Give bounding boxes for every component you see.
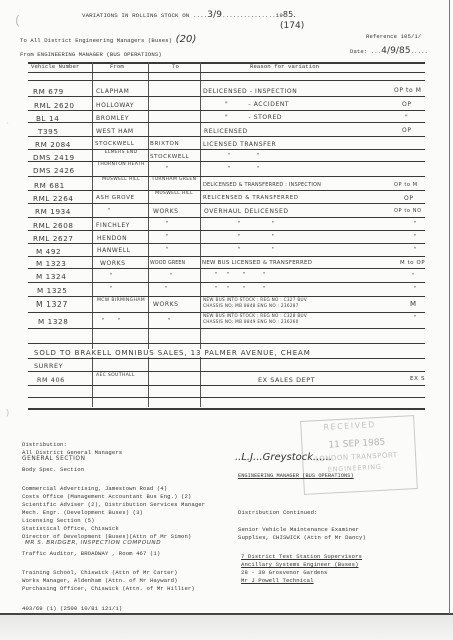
- distribution-line: Licensing Section (5): [22, 517, 95, 524]
- distribution-line-handwritten: MR S. BRIDGER, INSPECTION COMPOUND: [25, 540, 161, 546]
- cell-code: M: [410, 300, 417, 308]
- cell-to: ": [168, 318, 171, 324]
- cell-code: ": [414, 221, 417, 227]
- to-line: To All District Engineering Managers (Bu…: [20, 34, 197, 45]
- cell-reason: NEW BUS INTO STOCK : REG NO : C327 BUV: [203, 297, 307, 302]
- cell-reason: " ": [238, 234, 274, 240]
- row-line: [28, 149, 425, 150]
- reference: Reference 105/1/: [366, 33, 421, 40]
- to-line-text: To All District Engineering Managers (Bu…: [20, 37, 172, 44]
- distribution-continued-label: Distribution Continued:: [238, 509, 318, 516]
- cell-from: BROMLEY: [96, 115, 129, 122]
- cell-to: WORKS: [153, 208, 179, 215]
- punch-hole-mark: (: [14, 14, 21, 28]
- row-line: [28, 176, 425, 177]
- cell-to: STOCKWELL: [150, 154, 189, 160]
- cell-reason: " ": [228, 166, 260, 172]
- distribution-line: Director of Development (Buses)(Attn of …: [22, 533, 191, 540]
- cell-to: ": [166, 221, 169, 227]
- row-line: [28, 203, 425, 204]
- distribution-line: Costs Office (Management Accountant Bus …: [22, 493, 191, 500]
- cell-from: CLAPHAM: [96, 88, 129, 95]
- cell-code: OP to M: [394, 182, 418, 188]
- row-line: [28, 136, 425, 137]
- cell-code: ": [412, 273, 415, 279]
- cell-reason: " ": [228, 153, 260, 159]
- page-right-edge: [449, 0, 450, 614]
- cell-to: ": [166, 247, 169, 253]
- cell-vehicle: RM 681: [34, 181, 65, 190]
- cell-to: WORKS: [153, 301, 179, 308]
- header-rule: [28, 80, 425, 81]
- row-line: [28, 110, 425, 111]
- row-line: [28, 358, 425, 359]
- cell-vehicle: DMS 2419: [33, 153, 75, 162]
- cell-reason: DELICENSED & TRANSFERRED : INSPECTION: [203, 182, 321, 188]
- row-line: [28, 343, 425, 344]
- cell-reason: DELICENSED - INSPECTION: [203, 88, 297, 95]
- row-line: [28, 282, 425, 283]
- cell-reason-line2: CHASSIS NO: MB 8848 ENG NO : 236287: [203, 303, 299, 308]
- cell-from: AEC SOUTHALL: [96, 373, 136, 378]
- document-title: VARIATIONS IN ROLLING STOCK ON ....3/9..…: [82, 10, 296, 20]
- scan-margin: [0, 615, 453, 640]
- cell-vehicle: SURREY: [34, 362, 63, 370]
- table-bottom-border: [28, 408, 425, 410]
- row-line: [28, 217, 425, 218]
- cell-from: " ": [102, 318, 121, 324]
- punch-hole-mark: ·: [6, 120, 10, 127]
- distribution-line-handwritten: GENERAL SECTION: [22, 456, 86, 462]
- distribution-line: Scientific Adviser (2), Distribution Ser…: [22, 501, 205, 508]
- cell-vehicle: M 1325: [37, 286, 67, 295]
- cell-from: MCW BIRMINGHAM: [93, 298, 149, 303]
- distribution-line: Purchasing Officer, Chiswick (Attn. of M…: [22, 585, 195, 592]
- row-line: [28, 256, 425, 257]
- signature-title: ENGINEERING MANAGER (BUS OPERATIONS): [238, 473, 354, 479]
- cell-from: STOCKWELL: [95, 141, 134, 147]
- cell-reason: " ": [238, 221, 274, 227]
- row-line: [28, 230, 425, 231]
- cell-from: HANWELL: [97, 247, 131, 254]
- row-line: [28, 96, 425, 97]
- title-year-handwritten: 85.: [283, 10, 296, 19]
- cell-vehicle: RM 2084: [35, 140, 71, 149]
- cell-to: ": [170, 273, 173, 279]
- cell-reason-line2: CHASSIS NO: MB 8849 ENG NO : 236260: [203, 319, 299, 324]
- cell-code: OP: [402, 101, 412, 108]
- cell-reason: " " " ": [215, 272, 266, 278]
- cell-reason: " - STORED: [225, 114, 282, 121]
- cell-reason: RELICENSED & TRANSFERRED: [203, 195, 298, 201]
- cell-from: WORKS: [100, 260, 126, 267]
- cell-vehicle: RML 2620: [34, 101, 75, 110]
- column-header-reason: Reason for variation: [250, 63, 319, 70]
- punch-hole-mark: ): [5, 409, 10, 418]
- cell-vehicle: RML 2608: [33, 221, 74, 230]
- cell-vehicle: RM 406: [37, 376, 65, 384]
- title-year-dots: ...............19: [222, 12, 283, 19]
- row-line: [28, 268, 425, 269]
- title-date-handwritten: 3/9: [207, 10, 222, 20]
- signature: ..L.J...Greystock......: [235, 452, 332, 463]
- cell-from: HENDON: [97, 235, 127, 242]
- date-trail: .....: [411, 48, 428, 55]
- cell-reason: " " " ": [215, 286, 266, 292]
- cell-vehicle: M 1323: [36, 259, 66, 268]
- cell-code: ": [414, 315, 417, 321]
- table-top-border: [28, 62, 425, 64]
- column-header-to: To: [172, 63, 179, 70]
- cell-reason: OVERHAUL DELICENSED: [204, 208, 289, 215]
- distribution-continued-line: Senior Vehicle Maintenance Examiner: [238, 526, 359, 533]
- cell-reason: LICENSED TRANSFER: [203, 141, 276, 148]
- cell-vehicle: BL 14: [36, 114, 59, 123]
- row-line: [28, 397, 425, 398]
- cell-code: ": [414, 234, 417, 240]
- column-header-vehicle: Vehicle Number: [31, 63, 79, 70]
- stamp-date: 11 SEP 1985: [328, 438, 385, 451]
- date-handwritten: 4/9/85: [381, 46, 411, 56]
- row-line: [28, 190, 425, 191]
- cell-to: ": [166, 234, 169, 240]
- cell-to: ": [165, 286, 168, 292]
- cell-vehicle: RML 2264: [33, 194, 74, 203]
- distribution-continued-line: Mr J Powell Technical: [241, 577, 314, 584]
- distribution-line: Commercial Advertising, Jamestown Road (…: [22, 485, 167, 492]
- row-line: [28, 243, 425, 244]
- cell-from: ": [108, 208, 111, 214]
- distribution-continued-line: 28 - 30 Grosvenor Gardens: [241, 569, 327, 576]
- to-count-handwritten: (20): [176, 34, 197, 45]
- cell-from: THORNTON HEATH: [96, 162, 146, 167]
- cell-to: MUSWELL HILL: [150, 191, 198, 196]
- page-number-handwritten: (174): [280, 21, 304, 31]
- distribution-continued-line: 7 District Test Station Supervisors: [241, 553, 362, 560]
- distribution-line: All District General Managers: [22, 449, 122, 456]
- cell-reason: NEW BUS INTO STOCK : REG NO : C328 BUV: [203, 313, 307, 318]
- cell-from: ELMERS END: [104, 150, 138, 155]
- cell-reason: RELICENSED: [204, 128, 248, 135]
- cell-reason: " ": [238, 247, 274, 253]
- cell-vehicle: M 492: [36, 247, 61, 256]
- cell-vehicle: RM 679: [33, 87, 64, 96]
- distribution-label: Distribution:: [22, 441, 67, 448]
- cell-from: HOLLOWAY: [96, 102, 134, 109]
- cell-to: ": [166, 166, 169, 172]
- cell-to: TURNHAM GREEN: [150, 177, 198, 182]
- row-line: [28, 122, 425, 123]
- row-line: [28, 328, 425, 329]
- cell-vehicle: M 1324: [36, 272, 66, 281]
- from-line: From ENGINEERING MANAGER (BUS OPERATIONS…: [20, 51, 162, 58]
- cell-from: ASH GROVE: [96, 195, 135, 201]
- cell-from: WEST HAM: [96, 128, 134, 135]
- distribution-line: Works Manager, Aldenham (Attn. of Mr Hay…: [22, 577, 178, 584]
- cell-vehicle: RM 1934: [35, 207, 71, 216]
- distribution-line: Mech. Engr. (Development Buses) (3): [22, 509, 143, 516]
- cell-reason: NEW BUS LICENSED & TRANSFERRED: [202, 260, 312, 266]
- distribution-line: Body Spec. Section: [22, 466, 84, 473]
- distribution-line: Statistical Office, Chiswick: [22, 525, 119, 532]
- cell-code: OP: [402, 127, 412, 134]
- cell-code: OP to M: [394, 87, 422, 94]
- cell-code: ": [414, 247, 417, 253]
- cell-vehicle: RML 2627: [33, 234, 74, 243]
- cell-code: OP to NO: [394, 208, 422, 214]
- sold-to-note: SOLD TO BRAKELL OMNIBUS SALES, 13 PALMER…: [34, 349, 313, 357]
- date-label: Date: ...: [350, 48, 381, 55]
- row-line: [28, 161, 425, 162]
- row-line: [28, 371, 425, 372]
- row-line: [28, 385, 425, 386]
- cell-vehicle: M 1328: [38, 317, 68, 326]
- cell-reason: " - ACCIDENT: [225, 101, 289, 108]
- cell-code: ": [405, 114, 408, 121]
- cell-code: ": [414, 286, 417, 292]
- cell-reason: EX SALES DEPT: [258, 376, 315, 384]
- cell-code: OP: [404, 195, 414, 202]
- cell-code: M to OP: [400, 260, 425, 266]
- cell-to: BRIXTON: [150, 141, 179, 147]
- distribution-continued-line: Supplies, CHISWICK (Attn of Mr Dancy): [238, 534, 366, 541]
- column-header-from: From: [110, 63, 124, 70]
- distribution-line: Traffic Auditor, BROADWAY , Room 467 (1): [22, 550, 160, 557]
- cell-to: WOOD GREEN: [150, 261, 185, 266]
- cell-from: MUSWELL HILL: [96, 177, 146, 182]
- form-code: 403/69 (1) (2500 10/81 121/1): [22, 605, 122, 612]
- title-prefix: VARIATIONS IN ROLLING STOCK ON ....: [82, 12, 207, 19]
- cell-vehicle: DMS 2426: [33, 166, 75, 175]
- cell-vehicle: T395: [38, 127, 59, 136]
- cell-from: ": [110, 286, 113, 292]
- stamp-received: RECEIVED: [323, 420, 376, 432]
- cell-code: EX S: [410, 376, 425, 382]
- cell-from: FINCHLEY: [96, 222, 130, 229]
- distribution-continued-line: Ancillary Systems Engineer (Buses): [241, 561, 359, 568]
- distribution-line: Training School, Chiswick (Attn of Mr Ca…: [22, 569, 178, 576]
- cell-vehicle: M 1327: [36, 300, 68, 309]
- header-rule: [28, 72, 425, 73]
- date-field: Date: ...4/9/85.....: [350, 46, 428, 56]
- cell-from: ": [110, 273, 113, 279]
